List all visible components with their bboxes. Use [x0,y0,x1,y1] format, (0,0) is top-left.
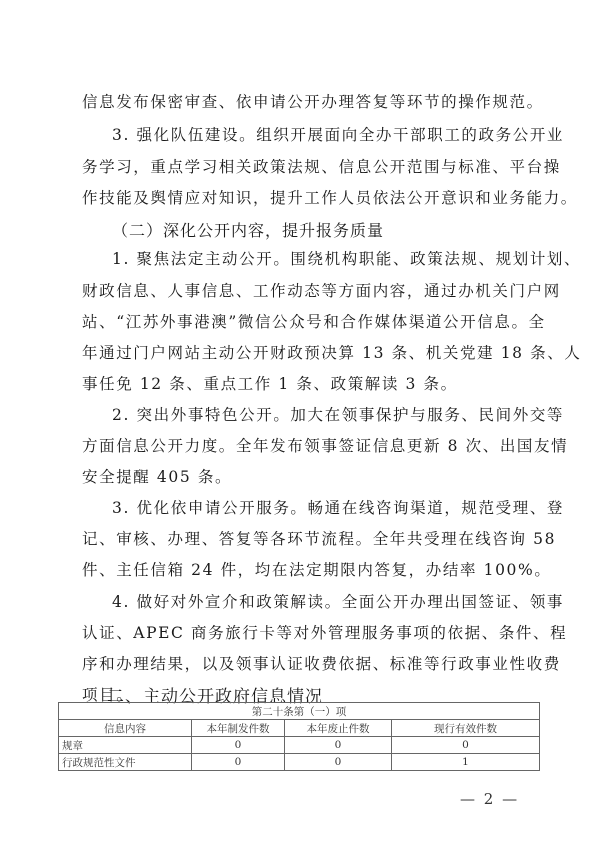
paragraph-line: 作技能及舆情应对知识，提升工作人员依法公开意识和业务能力。 [82,188,532,208]
table-header: 现行有效件数 [392,720,540,737]
paragraph-line: 方面信息公开力度。全年发布领事签证信息更新 8 次、出国友情 [82,436,532,456]
paragraph-line: 件、主任信箱 24 件，均在法定期限内答复，办结率 100%。 [82,560,532,580]
paragraph-line: 2. 突出外事特色公开。加大在领事保护与服务、民间外交等 [112,405,562,425]
paragraph-line: 3. 强化队伍建设。组织开展面向全办干部职工的政务公开业 [112,125,562,145]
table-row: 规章 0 0 0 [59,737,540,754]
table-cell: 0 [392,737,540,754]
paragraph-line: 务学习，重点学习相关政策法规、信息公开范围与标准、平台操 [82,157,532,177]
paragraph-line: 站、“江苏外事港澳”微信公众号和合作媒体渠道公开信息。全 [82,312,532,332]
table-cell: 0 [285,754,392,771]
table-header: 本年废止件数 [285,720,392,737]
paragraph-line: 序和办理结果，以及领事认证收费依据、标准等行政事业性收费 [82,654,532,674]
page-number: — 2 — [460,790,519,808]
table-cell: 行政规范性文件 [59,754,192,771]
table-header: 本年制发件数 [192,720,285,737]
table-cell: 1 [392,754,540,771]
paragraph-line: 事任免 12 条、重点工作 1 条、政策解读 3 条。 [82,374,532,394]
table-header-row: 信息内容 本年制发件数 本年废止件数 现行有效件数 [59,720,540,737]
table-header: 信息内容 [59,720,192,737]
document-page: 信息发布保密审查、依申请公开办理答复等环节的操作规范。 3. 强化队伍建设。组织… [0,0,600,848]
paragraph-line: 安全提醒 405 条。 [82,467,532,487]
subsection-heading: （二）深化公开内容，提升报务质量 [112,218,384,241]
table-title: 第二十条第（一）项 [59,703,540,720]
paragraph-line: 财政信息、人事信息、工作动态等方面内容，通过办机关门户网 [82,281,532,301]
paragraph-line: 年通过门户网站主动公开财政预决算 13 条、机关党建 18 条、人 [82,343,532,363]
table-cell: 0 [285,737,392,754]
paragraph-line: 3. 优化依申请公开服务。畅通在线咨询渠道，规范受理、登 [112,498,562,518]
info-table: 第二十条第（一）项 信息内容 本年制发件数 本年废止件数 现行有效件数 规章 0… [58,702,540,771]
paragraph-line: 4. 做好对外宣介和政策解读。全面公开办理出国签证、领事 [112,592,562,612]
table-row: 行政规范性文件 0 0 1 [59,754,540,771]
table-cell: 规章 [59,737,192,754]
table-cell: 0 [192,754,285,771]
paragraph-line: 信息发布保密审查、依申请公开办理答复等环节的操作规范。 [82,92,532,112]
paragraph-line: 1. 聚焦法定主动公开。围绕机构职能、政策法规、规划计划、 [112,249,562,269]
table-cell: 0 [192,737,285,754]
paragraph-line: 认证、APEC 商务旅行卡等对外管理服务事项的依据、条件、程 [82,623,532,643]
paragraph-line: 记、审核、办理、答复等各环节流程。全年共受理在线咨询 58 [82,529,532,549]
